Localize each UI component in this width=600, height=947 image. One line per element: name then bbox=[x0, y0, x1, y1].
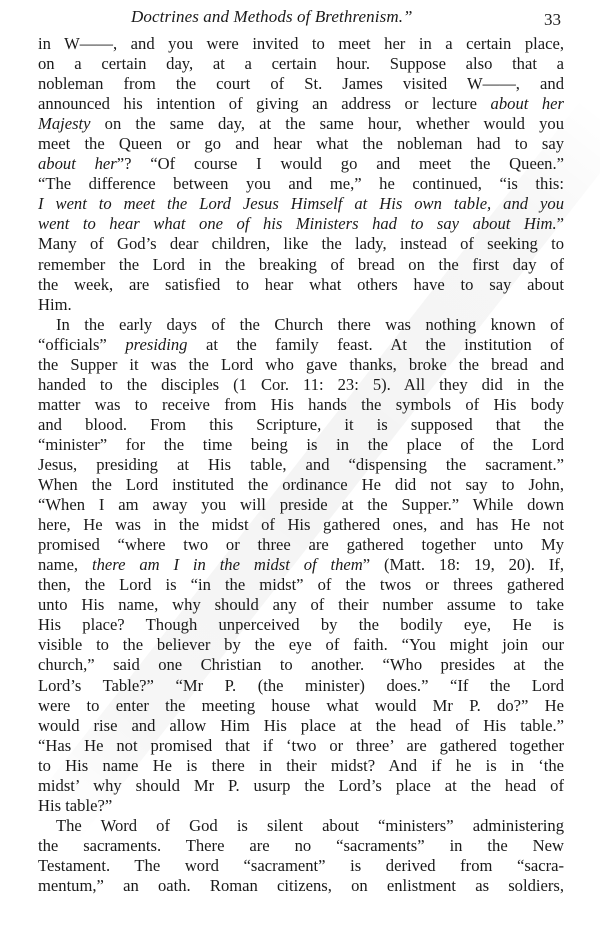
text-segment: church,” said one Christian to another. … bbox=[38, 655, 564, 674]
italic-text: went to hear what one of his Ministers h… bbox=[38, 214, 557, 233]
text-line: midst’ why should Mr P. usurp the Lord’s… bbox=[38, 776, 564, 796]
text-segment: at the family feast. At the institution … bbox=[187, 335, 564, 354]
text-segment: visible to the believer by the eye of fa… bbox=[38, 635, 564, 654]
text-line: “officials” presiding at the family feas… bbox=[38, 335, 564, 355]
text-segment: His place? Though unperceived by the bod… bbox=[38, 615, 564, 634]
text-segment: “When I am away you will preside at the … bbox=[38, 495, 564, 514]
text-line: were to enter the meeting house what wou… bbox=[38, 696, 564, 716]
text-line: Many of God’s dear children, like the la… bbox=[38, 234, 564, 254]
italic-text: Majesty bbox=[38, 114, 91, 133]
text-segment: promised “where two or three are gathere… bbox=[38, 535, 564, 554]
text-segment: meet the Queen or go and hear what the n… bbox=[38, 134, 564, 153]
text-segment: Testament. The word “sacrament” is deriv… bbox=[38, 856, 564, 875]
text-segment: name, bbox=[38, 555, 92, 574]
text-segment: midst’ why should Mr P. usurp the Lord’s… bbox=[38, 776, 564, 795]
text-line: When the Lord instituted the ordinance H… bbox=[38, 475, 564, 495]
text-line: the week, are satisfied to hear what oth… bbox=[38, 275, 564, 295]
text-line: I went to meet the Lord Jesus Himself at… bbox=[38, 194, 564, 214]
text-line: remember the Lord in the breaking of bre… bbox=[38, 255, 564, 275]
running-title: Doctrines and Methods of Brethrenism.” bbox=[131, 7, 413, 27]
italic-text: I went to meet the Lord Jesus Himself at… bbox=[38, 194, 564, 213]
text-line: Testament. The word “sacrament” is deriv… bbox=[38, 856, 564, 876]
text-segment: then, the Lord is “in the midst” of the … bbox=[38, 575, 564, 594]
text-line: Him. bbox=[38, 295, 564, 315]
text-line: meet the Queen or go and hear what the n… bbox=[38, 134, 564, 154]
text-segment: remember the Lord in the breaking of bre… bbox=[38, 255, 564, 274]
italic-text: presiding bbox=[125, 335, 187, 354]
text-segment: “Has He not promised that if ‘two or thr… bbox=[38, 736, 564, 755]
text-line: Majesty on the same day, at the same hou… bbox=[38, 114, 564, 134]
text-segment: the sacraments. There are no “sacraments… bbox=[38, 836, 564, 855]
text-line: Lord’s Table?” “Mr P. (the minister) doe… bbox=[38, 676, 564, 696]
text-line: announced his intention of giving an add… bbox=[38, 94, 564, 114]
text-segment: would rise and allow Him His place at th… bbox=[38, 716, 564, 735]
text-line: to His name He is there in their midst? … bbox=[38, 756, 564, 776]
text-line: His place? Though unperceived by the bod… bbox=[38, 615, 564, 635]
text-line: unto His name, why should any of their n… bbox=[38, 595, 564, 615]
text-segment: on a certain day, at a certain hour. Sup… bbox=[38, 54, 564, 73]
body-text: in W——, and you were invited to meet her… bbox=[38, 34, 564, 896]
page-number: 33 bbox=[544, 10, 561, 30]
text-line: on a certain day, at a certain hour. Sup… bbox=[38, 54, 564, 74]
text-line: promised “where two or three are gathere… bbox=[38, 535, 564, 555]
italic-text: about her bbox=[38, 154, 117, 173]
text-line: went to hear what one of his Ministers h… bbox=[38, 214, 564, 234]
text-line: “minister” for the time being is in the … bbox=[38, 435, 564, 455]
text-line: about her”? “Of course I would go and me… bbox=[38, 154, 564, 174]
text-segment: ”? “Of course I would go and meet the Qu… bbox=[117, 154, 564, 173]
text-line: “The difference between you and me,” he … bbox=[38, 174, 564, 194]
text-segment: in W——, and you were invited to meet her… bbox=[38, 34, 564, 53]
text-segment: matter was to receive from His hands the… bbox=[38, 395, 564, 414]
text-line: His table?” bbox=[38, 796, 564, 816]
text-segment: unto His name, why should any of their n… bbox=[38, 595, 564, 614]
text-line: nobleman from the court of St. James vis… bbox=[38, 74, 564, 94]
text-segment: the week, are satisfied to hear what oth… bbox=[38, 275, 564, 294]
text-line: mentum,” an oath. Roman citizens, on enl… bbox=[38, 876, 564, 896]
italic-text: there am I in the midst of them bbox=[92, 555, 363, 574]
text-segment: nobleman from the court of St. James vis… bbox=[38, 74, 564, 93]
text-line: visible to the believer by the eye of fa… bbox=[38, 635, 564, 655]
text-segment: were to enter the meeting house what wou… bbox=[38, 696, 564, 715]
text-segment: “The difference between you and me,” he … bbox=[38, 174, 564, 193]
text-segment: His table?” bbox=[38, 796, 112, 815]
text-line: then, the Lord is “in the midst” of the … bbox=[38, 575, 564, 595]
text-line: handed to the disciples (1 Cor. 11: 23: … bbox=[38, 375, 564, 395]
text-segment: to His name He is there in their midst? … bbox=[38, 756, 564, 775]
text-line: matter was to receive from His hands the… bbox=[38, 395, 564, 415]
text-line: the Supper it was the Lord who gave than… bbox=[38, 355, 564, 375]
text-segment: the Supper it was the Lord who gave than… bbox=[38, 355, 564, 374]
text-segment: Lord’s Table?” “Mr P. (the minister) doe… bbox=[38, 676, 564, 695]
text-line: The Word of God is silent about “ministe… bbox=[38, 816, 564, 836]
text-segment: announced his intention of giving an add… bbox=[38, 94, 491, 113]
text-line: would rise and allow Him His place at th… bbox=[38, 716, 564, 736]
text-line: “When I am away you will preside at the … bbox=[38, 495, 564, 515]
text-segment: In the early days of the Church there wa… bbox=[56, 315, 564, 334]
text-line: “Has He not promised that if ‘two or thr… bbox=[38, 736, 564, 756]
text-segment: handed to the disciples (1 Cor. 11: 23: … bbox=[38, 375, 564, 394]
text-line: In the early days of the Church there wa… bbox=[38, 315, 564, 335]
text-segment: Many of God’s dear children, like the la… bbox=[38, 234, 564, 253]
text-line: in W——, and you were invited to meet her… bbox=[38, 34, 564, 54]
text-line: name, there am I in the midst of them” (… bbox=[38, 555, 564, 575]
text-line: and blood. From this Scripture, it is su… bbox=[38, 415, 564, 435]
text-segment: ” bbox=[557, 214, 564, 233]
text-line: church,” said one Christian to another. … bbox=[38, 655, 564, 675]
text-segment: here, He was in the midst of His gathere… bbox=[38, 515, 564, 534]
text-segment: Him. bbox=[38, 295, 72, 314]
text-segment: When the Lord instituted the ordinance H… bbox=[38, 475, 564, 494]
text-line: the sacraments. There are no “sacraments… bbox=[38, 836, 564, 856]
text-segment: “minister” for the time being is in the … bbox=[38, 435, 564, 454]
text-segment: on the same day, at the same hour, wheth… bbox=[91, 114, 564, 133]
text-line: here, He was in the midst of His gathere… bbox=[38, 515, 564, 535]
text-line: Jesus, presiding at His table, and “disp… bbox=[38, 455, 564, 475]
running-head: Doctrines and Methods of Brethrenism.” 3… bbox=[0, 4, 600, 30]
italic-text: about her bbox=[491, 94, 564, 113]
text-segment: “officials” bbox=[38, 335, 125, 354]
text-segment: mentum,” an oath. Roman citizens, on enl… bbox=[38, 876, 564, 895]
text-segment: Jesus, presiding at His table, and “disp… bbox=[38, 455, 564, 474]
text-segment: ” (Matt. 18: 19, 20). If, bbox=[363, 555, 564, 574]
text-segment: The Word of God is silent about “ministe… bbox=[56, 816, 564, 835]
text-segment: and blood. From this Scripture, it is su… bbox=[38, 415, 564, 434]
